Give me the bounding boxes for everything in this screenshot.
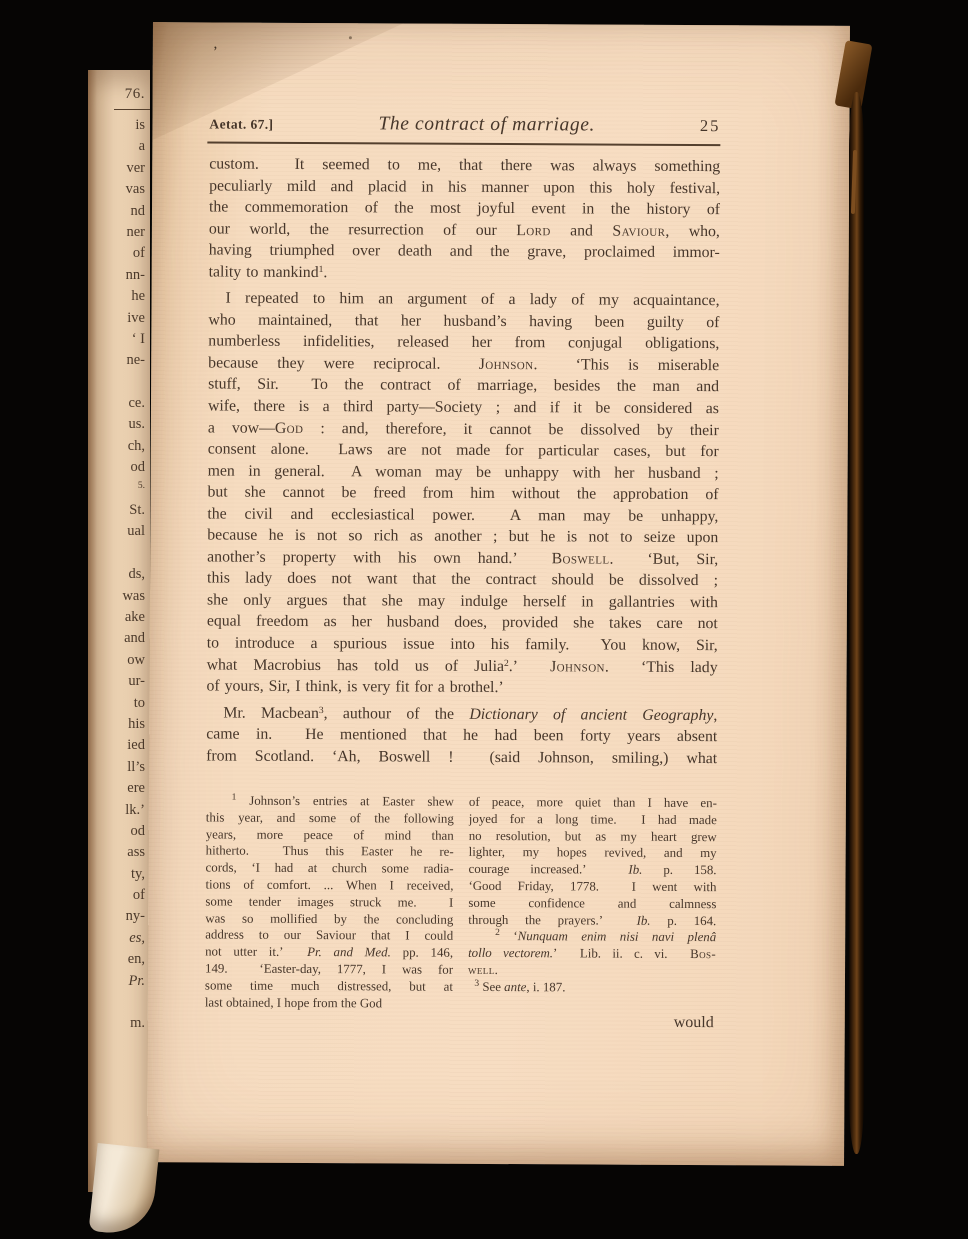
strip-fragment: es, xyxy=(88,928,150,949)
text-line: who maintained, that her husband’s havin… xyxy=(208,309,719,333)
text-line: what Macrobius has told us of Julia2.’ J… xyxy=(207,654,718,678)
footnote-line: no resolution, but as my heart grew xyxy=(469,827,717,845)
previous-page-rule xyxy=(114,109,150,110)
footnote-line: courage increased.’ Ib. p. 158. xyxy=(469,861,717,879)
book-page: ’ Aetat. 67.] The contract of marriage. … xyxy=(147,22,850,1166)
footnote-line: hitherto. Thus this Easter he re- xyxy=(206,843,454,861)
text-line: of yours, Sir, I think, is very fit for … xyxy=(206,676,717,700)
footnote-line: address to our Saviour that I could xyxy=(205,927,453,945)
strip-fragment: ner xyxy=(88,222,150,243)
strip-fragment: ow xyxy=(88,650,150,671)
text-line: stuff, Sir. To the contract of marriage,… xyxy=(208,374,719,398)
strip-fragment: ass xyxy=(88,842,150,863)
text-line: but she cannot be freed from him without… xyxy=(207,482,718,506)
body-text: custom. It seemed to me, that there was … xyxy=(206,153,720,774)
strip-fragment: nd xyxy=(88,201,150,222)
strip-fragment: ive xyxy=(88,308,150,329)
strip-fragment: nn- xyxy=(88,265,150,286)
text-line: a vow—God : and, therefore, it cannot be… xyxy=(208,417,719,441)
text-line: custom. It seemed to me, that there was … xyxy=(209,153,720,177)
strip-fragment: Pr. xyxy=(88,971,150,992)
strip-fragment: ll’s xyxy=(88,757,150,778)
header-rule xyxy=(207,141,720,146)
strip-fragment: ual xyxy=(88,521,150,542)
page-number: 25 xyxy=(700,116,721,136)
strip-fragment: he xyxy=(88,286,150,307)
strip-fragment: a xyxy=(88,136,150,157)
running-header: Aetat. 67.] The contract of marriage. 25 xyxy=(209,112,720,137)
previous-page-number: 76. xyxy=(88,70,150,103)
text-line: came in. He mentioned that he had been f… xyxy=(206,724,717,748)
footnote-line: well. xyxy=(468,962,716,980)
strip-fragment: ty, xyxy=(88,864,150,885)
footnote-line: cords, ‘I had at church some radia- xyxy=(206,860,454,878)
strip-fragment: od xyxy=(88,457,150,478)
book-photograph: 76. isavervasndnerofnn-heive‘ Ine-ce.us.… xyxy=(0,0,968,1239)
paragraph: I repeated to him an argument of a lady … xyxy=(206,288,719,700)
text-line: the commemoration of the most joyful eve… xyxy=(209,197,720,221)
footnote-line: some time much distressed, but at xyxy=(205,977,453,995)
strip-fragment: to xyxy=(88,693,150,714)
footnote-column-left: 1 Johnson’s entries at Easter shewthis y… xyxy=(205,792,454,1012)
strip-fragment: lk.’ xyxy=(88,800,150,821)
strip-fragment: od xyxy=(88,821,150,842)
text-line: tality to mankind1. xyxy=(209,261,720,285)
text-line: she only argues that she may indulge her… xyxy=(207,589,718,613)
strip-fragment: en, xyxy=(88,949,150,970)
text-line: I repeated to him an argument of a lady … xyxy=(208,288,719,312)
previous-page-text-fragments: isavervasndnerofnn-heive‘ Ine-ce.us.ch,o… xyxy=(88,115,150,1035)
dust-speck xyxy=(349,36,352,39)
catchword: would xyxy=(674,1014,714,1032)
footnote-line: ‘Good Friday, 1778. I went with xyxy=(468,878,716,896)
strip-fragment: ch, xyxy=(88,436,150,457)
text-line: because he is not so rich as another ; b… xyxy=(207,525,718,549)
page-content: Aetat. 67.] The contract of marriage. 25… xyxy=(210,22,721,25)
strip-fragment: ake xyxy=(88,607,150,628)
footnote-column-right: of peace, more quiet than I have en-joye… xyxy=(468,794,717,1014)
strip-fragment xyxy=(88,992,150,1013)
header-aetat: Aetat. 67.] xyxy=(209,116,273,132)
text-line: from Scotland. ‘Ah, Boswell ! (said John… xyxy=(206,745,717,769)
header-title: The contract of marriage. xyxy=(273,113,700,137)
footnote-line: 149. ‘Easter-day, 1777, I was for xyxy=(205,960,453,978)
text-line: wife, there is a third party—Society ; a… xyxy=(208,395,719,419)
text-line: equal freedom as her husband does, provi… xyxy=(207,611,718,635)
text-line: Mr. Macbean3, authour of the Dictionary … xyxy=(206,702,717,726)
strip-fragment: and xyxy=(88,628,150,649)
strip-fragment: ny- xyxy=(88,906,150,927)
footnote-line: 1 Johnson’s entries at Easter shew xyxy=(206,792,454,810)
text-line: the civil and ecclesiastical power. A ma… xyxy=(207,503,718,527)
footnote-line: tollo vectorem.’ Lib. ii. c. vi. Bos- xyxy=(468,945,716,963)
strip-fragment: us. xyxy=(88,414,150,435)
strip-fragment: is xyxy=(88,115,150,136)
book-cover-edge xyxy=(849,92,864,1154)
text-line: this lady does not want that the contrac… xyxy=(207,568,718,592)
strip-fragment: of xyxy=(88,885,150,906)
footnote-line: 2 ‘Nunquam enim nisi navi plenâ xyxy=(468,928,716,946)
text-line: to introduce a spurious issue into his f… xyxy=(207,633,718,657)
ink-speck: ’ xyxy=(213,44,218,61)
previous-page-edge: 76. isavervasndnerofnn-heive‘ Ine-ce.us.… xyxy=(88,70,150,1192)
strip-fragment: ‘ I xyxy=(88,329,150,350)
footnote-line: through the prayers.’ Ib. p. 164. xyxy=(468,911,716,929)
strip-fragment xyxy=(88,543,150,564)
footnote-line: not utter it.’ Pr. and Med. pp. 146, xyxy=(205,944,453,962)
paragraph: Mr. Macbean3, authour of the Dictionary … xyxy=(206,702,717,769)
footnote-line: was so mollified by the concluding xyxy=(205,910,453,928)
footnotes: 1 Johnson’s entries at Easter shewthis y… xyxy=(205,792,717,1013)
text-line: peculiarly mild and placid in his manner… xyxy=(209,175,720,199)
text-line: consent alone. Laws are not made for par… xyxy=(208,439,719,463)
footnote-line: last obtained, I hope from the God xyxy=(205,994,453,1012)
strip-fragment: ere xyxy=(88,778,150,799)
footnote-line: of peace, more quiet than I have en- xyxy=(469,794,717,812)
strip-fragment: m. xyxy=(88,1013,150,1034)
text-line: men in general. A woman may be unhappy w… xyxy=(208,460,719,484)
strip-fragment: ce. xyxy=(88,393,150,414)
text-line: because they were reciprocal. Johnson. ‘… xyxy=(208,352,719,376)
footnote-line: 3 See ante, i. 187. xyxy=(468,979,716,997)
footnote-line: years, more peace of mind than xyxy=(206,826,454,844)
strip-fragment: ne- xyxy=(88,350,150,371)
strip-fragment: vas xyxy=(88,179,150,200)
strip-fragment xyxy=(88,372,150,393)
strip-fragment: ur- xyxy=(88,671,150,692)
strip-fragment: was xyxy=(88,586,150,607)
page-curl-bottom-left xyxy=(89,1143,160,1237)
text-line: numberless infidelities, released her fr… xyxy=(208,331,719,355)
strip-fragment: ds, xyxy=(88,564,150,585)
strip-fragment: ied xyxy=(88,735,150,756)
text-line: another’s property with his own hand.’ B… xyxy=(207,546,718,570)
text-line: our world, the resurrection of our Lord … xyxy=(209,218,720,242)
paragraph: custom. It seemed to me, that there was … xyxy=(209,153,721,285)
strip-fragment: St. xyxy=(88,500,150,521)
footnote-line: tions of comfort. ... When I received, xyxy=(205,876,453,894)
footnote-line: joyed for a long time. I had made xyxy=(469,811,717,829)
strip-fragment: of xyxy=(88,243,150,264)
footnote-line: this year, and some of the following xyxy=(206,809,454,827)
strip-fragment: 5. xyxy=(88,479,150,500)
strip-fragment: ver xyxy=(88,158,150,179)
text-line: having triumphed over death and the grav… xyxy=(209,240,720,264)
strip-fragment: his xyxy=(88,714,150,735)
footnote-line: some tender images struck me. I xyxy=(205,893,453,911)
footnote-line: lighter, my hopes revived, and my xyxy=(469,844,717,862)
footnote-line: some confidence and calmness xyxy=(468,895,716,913)
